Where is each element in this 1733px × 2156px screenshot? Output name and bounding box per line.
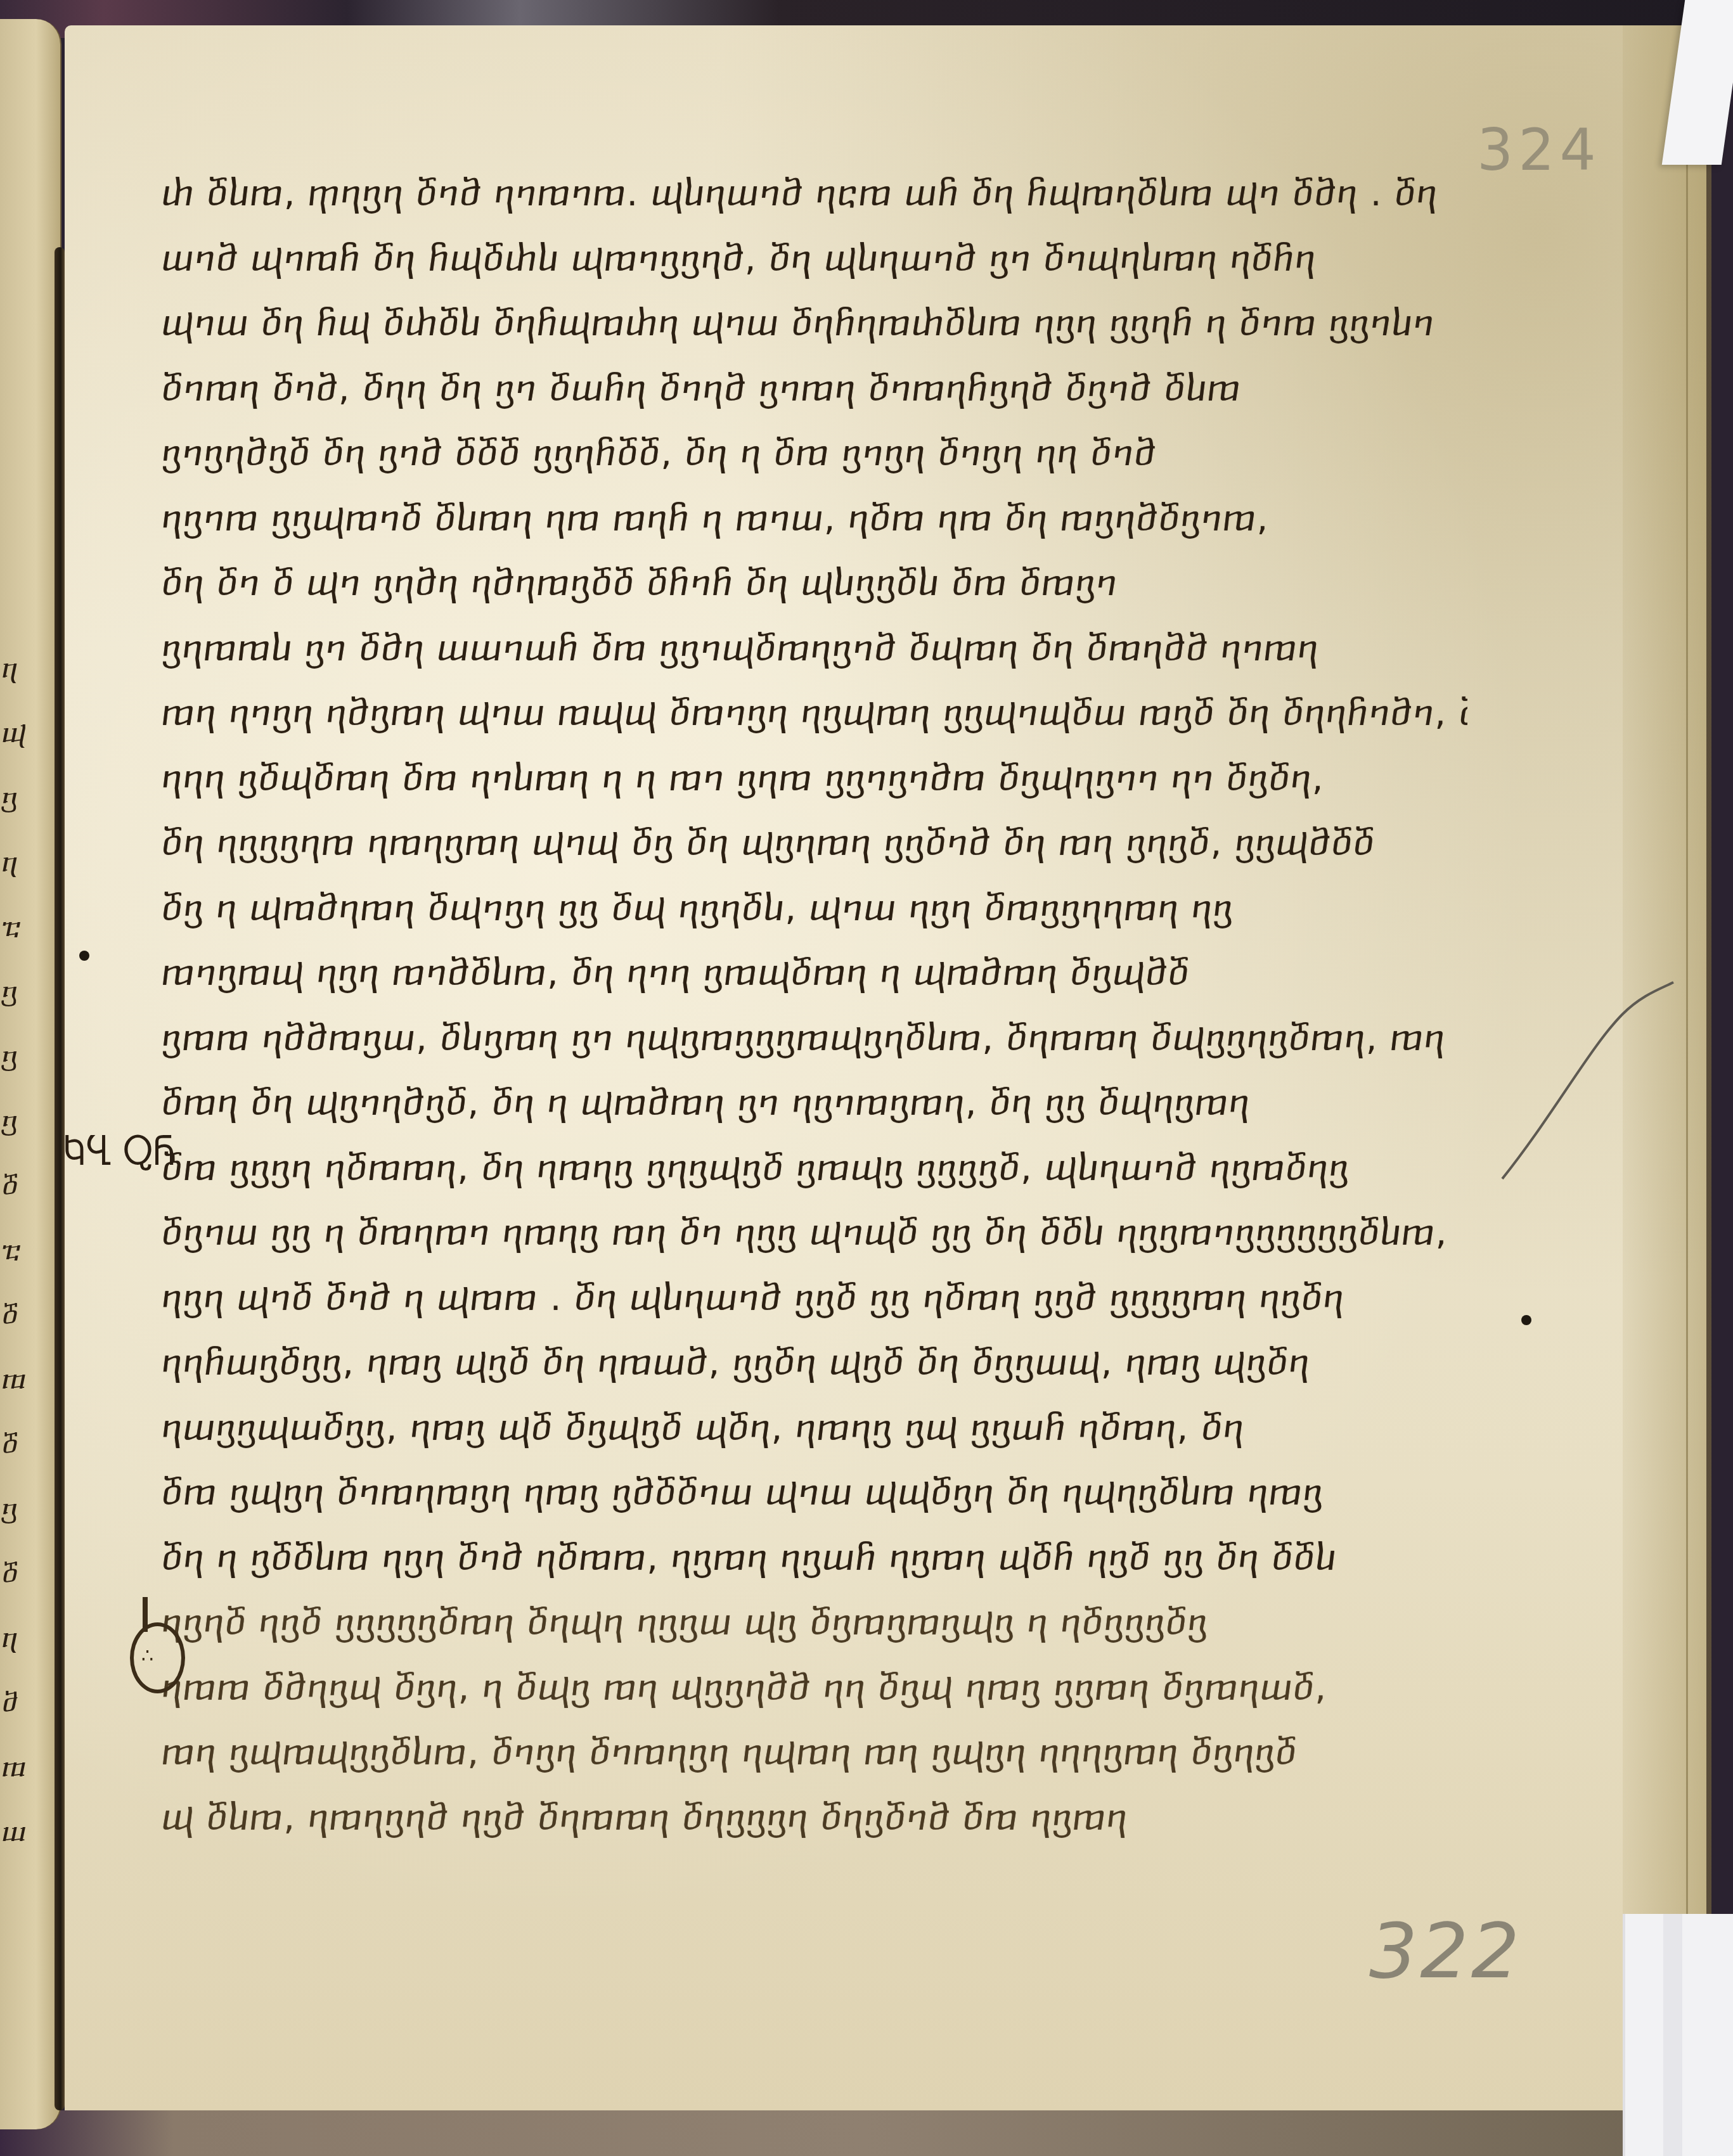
text-line: ⴃⴂⴈⴍ ⴂⴂ ⴄ ⴃⴊⴄⴊⴈ ⴄⴊⴄⴂ ⴊⴄ ⴃⴈ ⴄⴂⴂ ⴓⴈⴓⴃ ⴂⴂ ⴃ…	[162, 1201, 1467, 1266]
text-line: ⴃⴄ ⴄ ⴂⴃⴃⴑⴊ ⴄⴂⴄ ⴃⴈⴋ ⴄⴃⴊⴊ, ⴄⴂⴊⴄ ⴄⴂⴍⴌ ⴄⴂⴊⴄ …	[162, 1526, 1467, 1591]
text-line: ⴄⴂⴈⴊ ⴂⴂⴓⴊⴈⴃ ⴃⴑⴊⴄ ⴄⴊ ⴊⴄⴌ ⴄ ⴊⴈⴍ, ⴄⴃⴊ ⴄⴊ ⴃⴄ…	[162, 487, 1467, 552]
text-line: ⴃⴄ ⴃⴈ ⴃ ⴓⴈ ⴂⴄⴋⴄ ⴄⴋⴄⴊⴂⴃⴃ ⴃⴌⴈⴌ ⴃⴄ ⴓⴑⴂⴂⴃⴑ ⴃ…	[162, 551, 1467, 617]
text-line: ⴂⴈⴂⴄⴋⴂⴃ ⴃⴄ ⴂⴈⴋ ⴃⴃⴃ ⴂⴂⴄⴌⴃⴃ, ⴃⴄ ⴄ ⴃⴊ ⴂⴈⴂⴄ …	[162, 421, 1467, 487]
marginal-note: ႩႡ ႭႬ	[63, 1134, 175, 1172]
text-line: ⴂⴄⴊⴊⴑ ⴂⴈ ⴃⴋⴄ ⴍⴍⴈⴍⴌ ⴃⴊ ⴂⴂⴈⴓⴃⴊⴄⴂⴈⴋ ⴃⴓⴊⴄ ⴃⴄ…	[162, 617, 1467, 682]
text-line: ⴄⴍⴂⴂⴓⴍⴃⴂⴂ, ⴄⴊⴂ ⴓⴃ ⴃⴂⴓⴂⴃ ⴓⴃⴄ, ⴄⴊⴄⴂ ⴂⴓ ⴂⴂⴍ…	[162, 1396, 1467, 1461]
text-line: ⴃⴊⴄ ⴃⴄ ⴓⴂⴈⴄⴋⴂⴃ, ⴃⴄ ⴄ ⴓⴊⴋⴊⴄ ⴂⴈ ⴄⴂⴈⴊⴂⴊⴄ, ⴃ…	[162, 1071, 1467, 1136]
background-binding-bottom	[0, 2110, 1733, 2156]
initial-ring	[130, 1622, 185, 1693]
facing-page-text-fragment: ⴃ	[1, 1558, 19, 1589]
text-line: ⴐ ⴃⴑⴊ, ⴅⴄⴂⴄ ⴃⴈⴋ ⴄⴈⴊⴈⴊ. ⴓⴑⴄⴍⴈⴋ ⴄⴀⴊ ⴍⴌ ⴃⴄ …	[162, 162, 1467, 227]
facing-page-text-fragment: ⴂ	[1, 1041, 18, 1072]
text-line: ⴄⴂⴄⴃ ⴄⴂⴃ ⴂⴂⴂⴂⴂⴃⴊⴄ ⴃⴄⴓⴄ ⴄⴂⴂⴍ ⴓⴂ ⴃⴂⴊⴂⴊⴂⴓⴂ …	[162, 1591, 1467, 1656]
facing-page-text-fragment: ⴂ	[1, 1105, 18, 1136]
facing-page-text-fragment: ⴊ	[1, 1752, 27, 1783]
text-line: ⴂⴊⴊ ⴄⴋⴋⴊⴂⴍ, ⴃⴑⴂⴊⴄ ⴂⴈ ⴄⴓⴂⴊⴂⴂⴂⴊⴓⴂⴄⴃⴑⴊ, ⴃⴄⴊ…	[162, 1006, 1467, 1072]
ink-dot	[1521, 1315, 1531, 1325]
facing-page-edge: ⴄⴓⴂⴄⴀⴂⴂⴂⴃⴀⴃⴊⴃⴂⴃⴄⴋⴊⴍ	[0, 19, 61, 2129]
text-line: ⴊⴈⴂⴊⴓ ⴄⴂⴄ ⴊⴈⴋⴃⴑⴊ, ⴃⴄ ⴄⴈⴄ ⴂⴊⴓⴃⴊⴄ ⴄ ⴓⴊⴋⴊⴄ …	[162, 941, 1467, 1006]
facing-page-text-fragment: ⴃ	[1, 1428, 19, 1460]
paper-tab-bottom	[1623, 1914, 1733, 2156]
facing-page-text-fragment: ⴓ	[1, 717, 27, 748]
text-line: ⴄⴊⴊ ⴃⴋⴄⴂⴓ ⴃⴂⴄ, ⴄ ⴃⴓⴂ ⴊⴄ ⴓⴂⴂⴄⴋⴋ ⴄⴄ ⴃⴂⴓ ⴄⴊ…	[162, 1656, 1467, 1721]
folio-number-bottom: 322	[1369, 1908, 1522, 1996]
text-line: ⴓ ⴃⴑⴊ, ⴄⴊⴄⴂⴄⴋ ⴄⴂⴋ ⴃⴄⴊⴊⴄ ⴃⴄⴂⴂⴂⴄ ⴃⴄⴂⴃⴈⴋ ⴃⴊ…	[162, 1786, 1467, 1851]
ruling-line	[1686, 165, 1688, 2104]
facing-page-text-fragment: ⴄ	[1, 1622, 18, 1653]
text-line: ⴃⴊ ⴂⴓⴂⴄ ⴃⴈⴊⴄⴊⴂⴄ ⴄⴊⴂ ⴂⴋⴃⴃⴈⴍ ⴓⴈⴍ ⴓⴓⴃⴂⴄ ⴃⴄ …	[162, 1461, 1467, 1526]
decorated-initial: ∴	[130, 1597, 181, 1692]
facing-page-text-fragment: ⴄ	[1, 847, 18, 878]
pencil-curve-mark	[1496, 951, 1686, 1191]
text-line: ⴄⴄⴌⴍⴂⴃⴂⴂ, ⴄⴊⴂ ⴓⴂⴃ ⴃⴄ ⴄⴊⴍⴋ, ⴂⴂⴃⴄ ⴓⴂⴃ ⴃⴄ ⴃ…	[162, 1331, 1467, 1396]
text-line: ⴍⴈⴋ ⴓⴈⴊⴌ ⴃⴄ ⴌⴓⴃⴐⴑ ⴓⴊⴈⴂⴂⴄⴋ, ⴃⴄ ⴓⴑⴄⴍⴈⴋ ⴂⴈ …	[162, 227, 1467, 292]
text-line: ⴊⴄ ⴂⴓⴊⴓⴂⴂⴃⴑⴊ, ⴃⴈⴂⴄ ⴃⴈⴊⴄⴂⴄ ⴄⴓⴊⴄ ⴊⴄ ⴂⴓⴂⴄ ⴄ…	[162, 1721, 1467, 1786]
facing-page-text-fragment: ⴂ	[1, 782, 18, 813]
text-line: ⴄⴂⴄ ⴓⴈⴃ ⴃⴈⴋ ⴄ ⴓⴊⴊ . ⴃⴄ ⴓⴑⴄⴍⴈⴋ ⴂⴂⴃ ⴂⴂ ⴄⴃⴊ…	[162, 1266, 1467, 1331]
gutter-shadow	[55, 247, 65, 2110]
facing-page-text-fragment: ⴀ	[1, 911, 22, 942]
text-line: ⴄⴄⴄ ⴂⴃⴓⴃⴊⴄ ⴃⴊ ⴄⴈⴑⴊⴄ ⴄ ⴄ ⴊⴈ ⴂⴄⴊ ⴂⴂⴈⴂⴈⴋⴊ ⴃ…	[162, 747, 1467, 812]
text-line: ⴃⴂ ⴄ ⴓⴊⴋⴄⴊⴄ ⴃⴓⴈⴂⴄ ⴂⴂ ⴃⴓ ⴄⴂⴄⴃⴑ, ⴓⴈⴍ ⴄⴂⴄ ⴃ…	[162, 876, 1467, 942]
facing-page-text-fragment: ⴂ	[1, 1493, 18, 1524]
facing-page-text-fragment: ⴀ	[1, 1235, 22, 1266]
text-line: ⴓⴈⴍ ⴃⴄ ⴌⴓ ⴃⴐⴃⴑ ⴃⴄⴌⴓⴊⴐⴄ ⴓⴈⴍ ⴃⴄⴌⴄⴊⴐⴃⴑⴊ ⴄⴂⴄ…	[162, 292, 1467, 357]
facing-page-text-fragment: ⴋ	[1, 1687, 18, 1718]
facing-page-text-fragment: ⴃ	[1, 1299, 19, 1330]
text-line: ⴃⴄ ⴄⴂⴂⴂⴄⴊ ⴄⴊⴄⴂⴊⴄ ⴓⴈⴓ ⴃⴂ ⴃⴄ ⴓⴂⴄⴊⴄ ⴂⴂⴃⴈⴋ ⴃ…	[162, 811, 1467, 876]
facing-page-text-fragment: ⴂ	[1, 976, 18, 1007]
initial-dots: ∴	[141, 1645, 153, 1667]
facing-page-text-fragment: ⴃ	[1, 1170, 19, 1201]
text-line: ⴃⴊ ⴂⴂⴂⴄ ⴄⴃⴊⴊⴄ, ⴃⴄ ⴄⴊⴄⴂ ⴂⴄⴂⴓⴂⴃ ⴂⴊⴓⴂ ⴂⴂⴂⴂⴃ…	[162, 1136, 1467, 1202]
text-line: ⴊⴄ ⴄⴈⴂⴄ ⴄⴋⴂⴊⴄ ⴓⴈⴍ ⴊⴓⴓ ⴃⴊⴈⴂⴄ ⴄⴂⴓⴊⴄ ⴂⴂⴓⴈⴓⴃ…	[162, 681, 1467, 747]
facing-page-text-fragment: ⴊ	[1, 1364, 27, 1395]
facing-page-text-fragment: ⴍ	[1, 1816, 27, 1847]
text-line: ⴃⴈⴊⴄ ⴃⴈⴋ, ⴃⴄⴄ ⴃⴄ ⴂⴈ ⴃⴍⴌⴄ ⴃⴈⴄⴋ ⴂⴈⴊⴄ ⴃⴈⴊⴄⴌ…	[162, 357, 1467, 422]
facing-page-text-fragment: ⴄ	[1, 653, 18, 684]
ink-dot	[79, 951, 89, 961]
folio-number-top: 324	[1477, 117, 1601, 184]
text-block: ⴐ ⴃⴑⴊ, ⴅⴄⴂⴄ ⴃⴈⴋ ⴄⴈⴊⴈⴊ. ⴓⴑⴄⴍⴈⴋ ⴄⴀⴊ ⴍⴌ ⴃⴄ …	[162, 162, 1467, 1851]
